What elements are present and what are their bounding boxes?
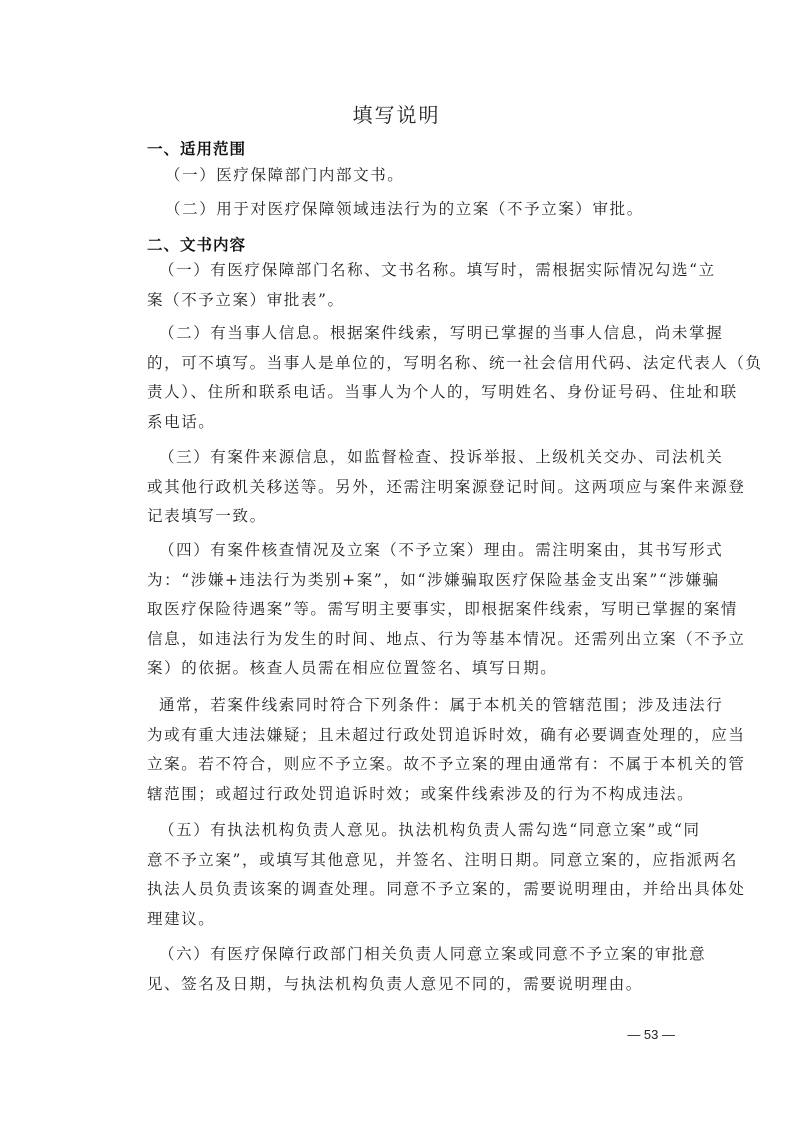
text-line: 见、签名及日期，与执法机构负责人意见不同的，需要说明理由。 [147,970,653,1000]
text-line: 辖范围；或超过行政处罚追诉时效；或案件线索涉及的行为不构成违法。 [147,780,653,810]
text-line: 或其他行政机关移送等。另外，还需注明案源登记时间。这两项应与案件来源登 [147,473,653,503]
paragraph-content-5: （五）有执法机构负责人意见。执法机构负责人需勾选“同意立案”或“同 意不予立案”… [147,816,653,934]
text-line: （一）医疗保障部门内部文书。 [153,161,653,191]
text-line: （六）有医疗保障行政部门相关负责人同意立案或同意不予立案的审批意 [147,940,653,970]
text-line: 记表填写一致。 [147,502,653,532]
paragraph-content-4: （四）有案件核查情况及立案（不予立案）理由。需注明案由，其书写形式 为：“涉嫌+… [147,536,653,684]
text-line: 的，可不填写。当事人是单位的，写明名称、统一社会信用代码、法定代表人（负 [147,349,653,379]
text-line: 系电话。 [147,408,653,438]
text-line: （二）用于对医疗保障领域违法行为的立案（不予立案）审批。 [153,195,653,225]
paragraph-content-conditions: 通常，若案件线索同时符合下列条件：属于本机关的管辖范围；涉及违法行 为或有重大违… [147,691,653,809]
text-line: 为或有重大违法嫌疑；且未超过行政处罚追诉时效，确有必要调查处理的，应当 [147,721,653,751]
text-line: 意不予立案”，或填写其他意见，并签名、注明日期。同意立案的，应指派两名 [147,846,653,876]
text-line: 理建议。 [147,905,653,935]
text-line: （五）有执法机构负责人意见。执法机构负责人需勾选“同意立案”或“同 [147,816,653,846]
text-line: （二）有当事人信息。根据案件线索，写明已掌握的当事人信息，尚未掌握 [147,319,653,349]
text-line: 取医疗保险待遇案”等。需写明主要事实，即根据案件线索，写明已掌握的案情 [147,595,653,625]
paragraph-scope-1: （一）医疗保障部门内部文书。 [153,161,653,191]
section-heading-content: 二、文书内容 [147,233,246,255]
paragraph-content-6: （六）有医疗保障行政部门相关负责人同意立案或同意不予立案的审批意 见、签名及日期… [147,940,653,999]
text-line: 责人）、住所和联系电话。当事人为个人的，写明姓名、身份证号码、住址和联 [147,378,653,408]
paragraph-content-2: （二）有当事人信息。根据案件线索，写明已掌握的当事人信息，尚未掌握 的，可不填写… [147,319,653,437]
text-line: 信息，如违法行为发生的时间、地点、行为等基本情况。还需列出立案（不予立 [147,625,653,655]
paragraph-content-1: （一）有医疗保障部门名称、文书名称。填写时，需根据实际情况勾选“立 案（不予立案… [147,256,653,315]
text-line: 案）的依据。核查人员需在相应位置签名、填写日期。 [147,654,653,684]
text-line: （三）有案件来源信息，如监督检查、投诉举报、上级机关交办、司法机关 [147,443,653,473]
section-heading-scope: 一、适用范围 [147,137,246,159]
text-line: （四）有案件核查情况及立案（不予立案）理由。需注明案由，其书写形式 [147,536,653,566]
text-line: 执法人员负责该案的调查处理。同意不予立案的，需要说明理由，并给出具体处 [147,875,653,905]
page-number: — 53 — [627,1027,675,1042]
text-line: 案（不予立案）审批表”。 [147,286,653,316]
paragraph-scope-2: （二）用于对医疗保障领域违法行为的立案（不予立案）审批。 [153,195,653,225]
text-line: 立案。若不符合，则应不予立案。故不予立案的理由通常有：不属于本机关的管 [147,750,653,780]
paragraph-content-3: （三）有案件来源信息，如监督检查、投诉举报、上级机关交办、司法机关 或其他行政机… [147,443,653,532]
text-line: 为：“涉嫌+违法行为类别+案”，如“涉嫌骗取医疗保险基金支出案”“涉嫌骗 [147,566,653,596]
document-page: 填写说明 一、适用范围 （一）医疗保障部门内部文书。 （二）用于对医疗保障领域违… [0,0,793,1122]
text-line: 通常，若案件线索同时符合下列条件：属于本机关的管辖范围；涉及违法行 [147,691,653,721]
text-line: （一）有医疗保障部门名称、文书名称。填写时，需根据实际情况勾选“立 [147,256,653,286]
page-title: 填写说明 [0,99,793,128]
